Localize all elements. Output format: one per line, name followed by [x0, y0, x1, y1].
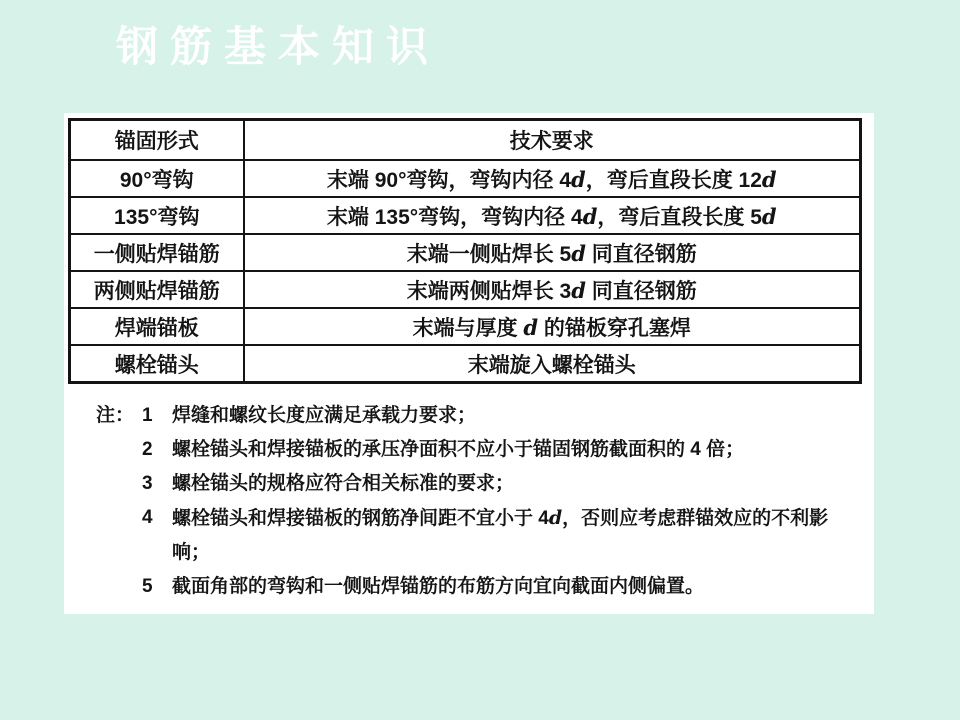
note-number: 2: [142, 433, 172, 467]
note-item: 注： 1 焊缝和螺纹长度应满足承载力要求；: [96, 399, 860, 433]
tech-requirement-cell: 末端一侧贴焊长 5d 同直径钢筋: [244, 234, 861, 271]
tech-requirement-cell: 末端 90°弯钩，弯钩内径 4d，弯后直段长度 12d: [244, 160, 861, 197]
note-item: 3 螺栓锚头的规格应符合相关标准的要求；: [96, 467, 860, 501]
table-row: 135°弯钩 末端 135°弯钩，弯钩内径 4d，弯后直段长度 5d: [70, 197, 861, 234]
tech-requirement-cell: 末端旋入螺栓锚头: [244, 345, 861, 383]
slide: 钢筋基本知识 锚固形式 技术要求 90°弯钩 末端 90°弯钩，弯钩内径 4d，…: [0, 0, 960, 720]
note-item: 2 螺栓锚头和焊接锚板的承压净面积不应小于锚固钢筋截面积的 4 倍；: [96, 433, 860, 467]
anchorage-form-cell: 两侧贴焊锚筋: [70, 271, 244, 308]
table-row: 两侧贴焊锚筋 末端两侧贴焊长 3d 同直径钢筋: [70, 271, 861, 308]
note-number: 1: [142, 399, 172, 433]
note-item: 4 螺栓锚头和焊接锚板的钢筋净间距不宜小于 4d，否则应考虑群锚效应的不利影响；: [96, 501, 860, 570]
page-title: 钢筋基本知识: [116, 24, 440, 70]
note-text: 螺栓锚头和焊接锚板的承压净面积不应小于锚固钢筋截面积的 4 倍；: [172, 433, 860, 467]
anchorage-form-cell: 一侧贴焊锚筋: [70, 234, 244, 271]
table-row: 焊端锚板 末端与厚度 d 的锚板穿孔塞焊: [70, 308, 861, 345]
notes-label: 注：: [96, 399, 142, 433]
note-text: 螺栓锚头和焊接锚板的钢筋净间距不宜小于 4d，否则应考虑群锚效应的不利影响；: [172, 501, 860, 570]
note-item: 5 截面角部的弯钩和一侧贴焊锚筋的布筋方向宜向截面内侧偏置。: [96, 570, 860, 604]
table-row: 螺栓锚头 末端旋入螺栓锚头: [70, 345, 861, 383]
anchorage-form-cell: 螺栓锚头: [70, 345, 244, 383]
note-number: 4: [142, 501, 172, 535]
note-text: 截面角部的弯钩和一侧贴焊锚筋的布筋方向宜向截面内侧偏置。: [172, 570, 860, 604]
anchorage-form-cell: 135°弯钩: [70, 197, 244, 234]
anchorage-form-cell: 90°弯钩: [70, 160, 244, 197]
note-number: 3: [142, 467, 172, 501]
table-header-row: 锚固形式 技术要求: [70, 120, 861, 161]
notes-section: 注： 1 焊缝和螺纹长度应满足承载力要求； 2 螺栓锚头和焊接锚板的承压净面积不…: [96, 399, 860, 604]
note-text: 焊缝和螺纹长度应满足承载力要求；: [172, 399, 860, 433]
anchorage-table: 锚固形式 技术要求 90°弯钩 末端 90°弯钩，弯钩内径 4d，弯后直段长度 …: [68, 118, 862, 384]
content-panel: 锚固形式 技术要求 90°弯钩 末端 90°弯钩，弯钩内径 4d，弯后直段长度 …: [64, 113, 874, 614]
tech-requirement-cell: 末端两侧贴焊长 3d 同直径钢筋: [244, 271, 861, 308]
table-row: 一侧贴焊锚筋 末端一侧贴焊长 5d 同直径钢筋: [70, 234, 861, 271]
note-text: 螺栓锚头的规格应符合相关标准的要求；: [172, 467, 860, 501]
column-header-anchorage-form: 锚固形式: [70, 120, 244, 161]
tech-requirement-cell: 末端与厚度 d 的锚板穿孔塞焊: [244, 308, 861, 345]
table-row: 90°弯钩 末端 90°弯钩，弯钩内径 4d，弯后直段长度 12d: [70, 160, 861, 197]
tech-requirement-cell: 末端 135°弯钩，弯钩内径 4d，弯后直段长度 5d: [244, 197, 861, 234]
anchorage-form-cell: 焊端锚板: [70, 308, 244, 345]
note-number: 5: [142, 570, 172, 604]
column-header-tech-requirement: 技术要求: [244, 120, 861, 161]
